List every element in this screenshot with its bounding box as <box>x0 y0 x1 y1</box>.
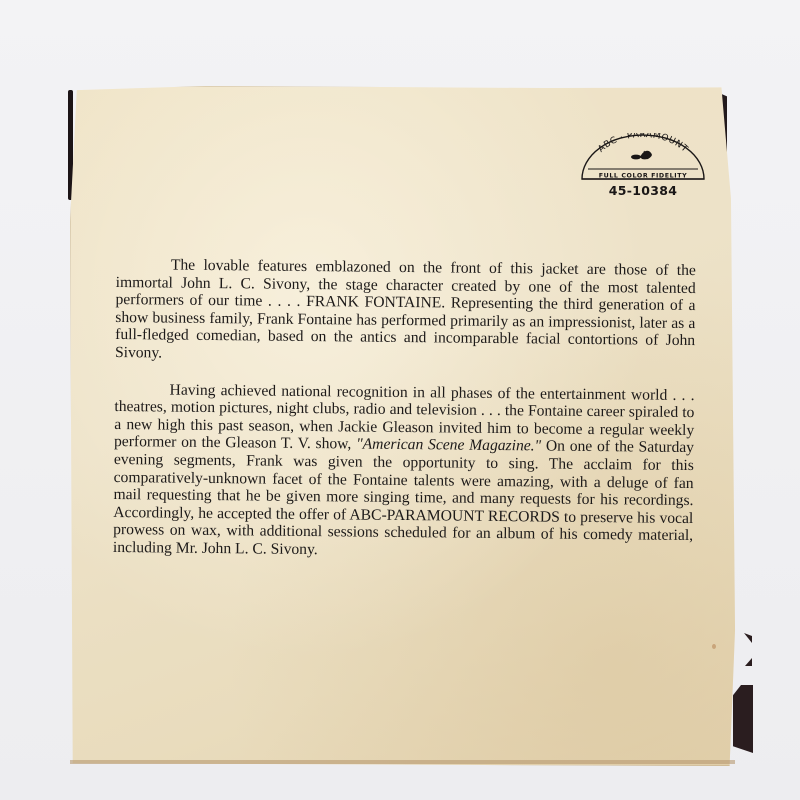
logo-band-text: FULL COLOR FIDELITY <box>599 173 688 180</box>
paper-stain <box>712 644 716 649</box>
logo-arc-text: ABC · PARAMOUNT <box>596 133 689 155</box>
dancer-glyph-icon <box>631 151 652 160</box>
show-title: "American Scene Magazine." <box>356 436 541 455</box>
liner-notes: The lovable features emblazoned on the f… <box>113 256 696 563</box>
paragraph-text: On one of the Saturday evening segments,… <box>113 438 694 558</box>
abc-paramount-emblem-icon: ABC · PARAMOUNT FULL COLOR FIDELITY <box>578 133 708 181</box>
record-sleeve-corner <box>733 685 753 753</box>
catalog-number: 45-10384 <box>578 183 708 198</box>
liner-notes-paragraph-2: Having achieved national recognition in … <box>113 381 695 563</box>
svg-text:ABC · PARAMOUNT: ABC · PARAMOUNT <box>596 133 689 155</box>
jacket-edge-shadow <box>70 760 735 764</box>
liner-notes-paragraph-1: The lovable features emblazoned on the f… <box>115 256 696 368</box>
paragraph-text: The lovable features emblazoned on the f… <box>115 257 696 362</box>
